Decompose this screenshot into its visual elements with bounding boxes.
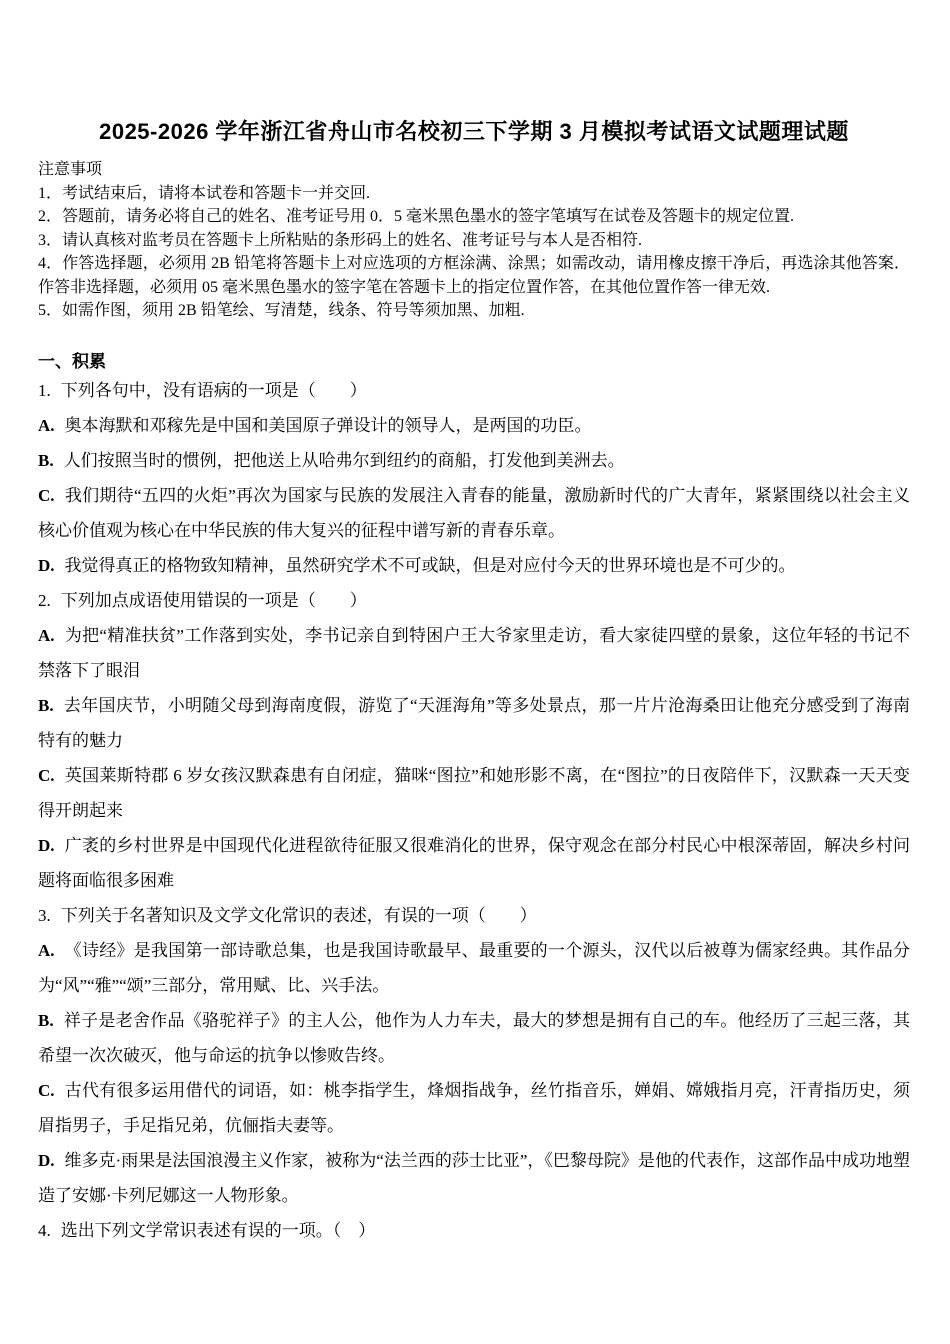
question-1-option-a-label: A. (38, 408, 55, 443)
question-1: 1.下列各句中，没有语病的一项是（ ） A.奥本海默和邓稼先是中国和美国原子弹设… (38, 373, 910, 583)
notice-item-5: 5．如需作图，须用 2B 铅笔绘、写清楚，线条、符号等须加黑、加粗. (38, 299, 910, 323)
question-2-number: 2. (38, 583, 51, 618)
question-3-option-a: A.《诗经》是我国第一部诗歌总集，也是我国诗歌最早、最重要的一个源头，汉代以后被… (38, 933, 910, 1003)
question-1-stem-text: 下列各句中，没有语病的一项是（ ） (61, 381, 367, 400)
question-4-number: 4. (38, 1213, 51, 1248)
question-4-stem: 4.选出下列文学常识表述有误的一项。（ ） (38, 1213, 910, 1248)
question-1-option-a: A.奥本海默和邓稼先是中国和美国原子弹设计的领导人，是两国的功臣。 (38, 408, 910, 443)
question-1-stem: 1.下列各句中，没有语病的一项是（ ） (38, 373, 910, 408)
question-1-option-b-text: 人们按照当时的惯例，把他送上从哈弗尔到纽约的商船，打发他到美洲去。 (64, 451, 625, 470)
section-heading: 一、积累 (38, 350, 910, 373)
question-3-option-d-label: D. (38, 1143, 55, 1178)
question-1-number: 1. (38, 373, 51, 408)
question-1-option-d: D.我觉得真正的格物致知精神，虽然研究学术不可或缺，但是对应付今天的世界环境也是… (38, 548, 910, 583)
question-2-stem-text: 下列加点成语使用错误的一项是（ ） (61, 591, 367, 610)
question-2-option-d-label: D. (38, 828, 55, 863)
question-2-option-a-label: A. (38, 618, 55, 653)
question-1-option-c-label: C. (38, 478, 55, 513)
question-3-option-b: B.祥子是老舍作品《骆驼祥子》的主人公，他作为人力车夫，最大的梦想是拥有自己的车… (38, 1003, 910, 1073)
question-1-option-c-text: 我们期待“五四的火炬”再次为国家与民族的发展注入青春的能量，激励新时代的广大青年… (38, 486, 910, 540)
question-2-option-a-text: 为把“精准扶贫”工作落到实处，李书记亲自到特困户王大爷家里走访，看大家徒四壁的景… (38, 626, 910, 680)
question-2-option-d: D.广袤的乡村世界是中国现代化进程欲待征服又很难消化的世界，保守观念在部分村民心… (38, 828, 910, 898)
question-3-option-b-text: 祥子是老舍作品《骆驼祥子》的主人公，他作为人力车夫，最大的梦想是拥有自己的车。他… (38, 1011, 910, 1065)
question-2-option-d-text: 广袤的乡村世界是中国现代化进程欲待征服又很难消化的世界，保守观念在部分村民心中根… (38, 836, 910, 890)
question-3: 3.下列关于名著知识及文学文化常识的表述，有误的一项（ ） A.《诗经》是我国第… (38, 898, 910, 1213)
question-1-option-d-label: D. (38, 548, 55, 583)
notice-item-3: 3．请认真核对监考员在答题卡上所粘贴的条形码上的姓名、准考证号与本人是否相符. (38, 229, 910, 253)
question-1-option-c: C.我们期待“五四的火炬”再次为国家与民族的发展注入青春的能量，激励新时代的广大… (38, 478, 910, 548)
question-3-option-d: D.维多克·雨果是法国浪漫主义作家，被称为“法兰西的莎士比亚”，《巴黎母院》是他… (38, 1143, 910, 1213)
question-3-stem-text: 下列关于名著知识及文学文化常识的表述，有误的一项（ ） (61, 906, 537, 925)
question-2-option-c-text: 英国莱斯特郡 6 岁女孩汉默森患有自闭症，猫咪“图拉”和她形影不离，在“图拉”的… (38, 766, 910, 820)
exam-title: 2025-2026 学年浙江省舟山市名校初三下学期 3 月模拟考试语文试题理试题 (38, 116, 910, 148)
notice-item-1: 1．考试结束后，请将本试卷和答题卡一并交回. (38, 182, 910, 206)
question-4: 4.选出下列文学常识表述有误的一项。（ ） (38, 1213, 910, 1248)
notice-section: 注意事项 1．考试结束后，请将本试卷和答题卡一并交回. 2．答题前，请务必将自己… (38, 158, 910, 323)
question-1-option-d-text: 我觉得真正的格物致知精神，虽然研究学术不可或缺，但是对应付今天的世界环境也是不可… (65, 556, 796, 575)
question-3-option-c-label: C. (38, 1073, 55, 1108)
question-1-option-b-label: B. (38, 443, 54, 478)
question-3-number: 3. (38, 898, 51, 933)
question-3-option-c: C.古代有很多运用借代的词语，如：桃李指学生，烽烟指战争，丝竹指音乐，婵娟、嫦娥… (38, 1073, 910, 1143)
question-2-option-b-text: 去年国庆节，小明随父母到海南度假，游览了“天涯海角”等多处景点，那一片片沧海桑田… (38, 696, 910, 750)
question-1-option-b: B.人们按照当时的惯例，把他送上从哈弗尔到纽约的商船，打发他到美洲去。 (38, 443, 910, 478)
question-2-option-c-label: C. (38, 758, 55, 793)
question-3-option-d-text: 维多克·雨果是法国浪漫主义作家，被称为“法兰西的莎士比亚”，《巴黎母院》是他的代… (38, 1151, 910, 1205)
notice-item-4: 4．作答选择题，必须用 2B 铅笔将答题卡上对应选项的方框涂满、涂黑；如需改动，… (38, 252, 910, 299)
question-3-option-a-label: A. (38, 933, 55, 968)
question-3-option-a-text: 《诗经》是我国第一部诗歌总集，也是我国诗歌最早、最重要的一个源头，汉代以后被尊为… (38, 941, 910, 995)
notice-heading: 注意事项 (38, 158, 910, 182)
question-1-option-a-text: 奥本海默和邓稼先是中国和美国原子弹设计的领导人，是两国的功臣。 (65, 416, 592, 435)
exam-document: 2025-2026 学年浙江省舟山市名校初三下学期 3 月模拟考试语文试题理试题… (0, 0, 950, 1344)
question-3-option-c-text: 古代有很多运用借代的词语，如：桃李指学生，烽烟指战争，丝竹指音乐，婵娟、嫦娥指月… (38, 1081, 910, 1135)
question-2-option-b-label: B. (38, 688, 54, 723)
question-3-stem: 3.下列关于名著知识及文学文化常识的表述，有误的一项（ ） (38, 898, 910, 933)
question-2: 2.下列加点成语使用错误的一项是（ ） A.为把“精准扶贫”工作落到实处，李书记… (38, 583, 910, 898)
question-4-stem-text: 选出下列文学常识表述有误的一项。（ ） (61, 1221, 376, 1240)
section-accumulation: 一、积累 1.下列各句中，没有语病的一项是（ ） A.奥本海默和邓稼先是中国和美… (38, 350, 910, 1248)
question-2-option-b: B.去年国庆节，小明随父母到海南度假，游览了“天涯海角”等多处景点，那一片片沧海… (38, 688, 910, 758)
question-2-stem: 2.下列加点成语使用错误的一项是（ ） (38, 583, 910, 618)
question-2-option-c: C.英国莱斯特郡 6 岁女孩汉默森患有自闭症，猫咪“图拉”和她形影不离，在“图拉… (38, 758, 910, 828)
question-2-option-a: A.为把“精准扶贫”工作落到实处，李书记亲自到特困户王大爷家里走访，看大家徒四壁… (38, 618, 910, 688)
question-3-option-b-label: B. (38, 1003, 54, 1038)
notice-item-2: 2．答题前，请务必将自己的姓名、准考证号用 0．5 毫米黑色墨水的签字笔填写在试… (38, 205, 910, 229)
